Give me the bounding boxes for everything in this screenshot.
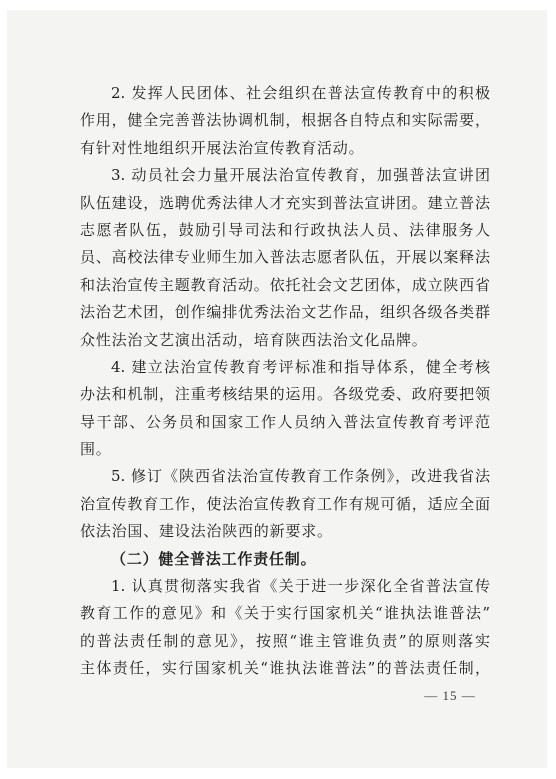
- item-2-line-2: 作用，健全完善普法协调机制，根据各自特点和实际需要，: [80, 107, 490, 134]
- item-5-line-1: 5. 修订《陕西省法治宣传教育工作条例》，改进我省法: [80, 463, 490, 490]
- item-3-line-7: 众性法治文艺演出活动，培育陕西法治文化品牌。: [80, 327, 490, 354]
- item-2-line-1: 2. 发挥人民团体、社会组织在普法宣传教育中的积极: [80, 80, 490, 107]
- item-4-line-3: 导干部、公务员和国家工作人员纳入普法宣传教育考评范: [80, 409, 490, 436]
- item-3-line-5: 和法治宣传主题教育活动。依托社会文艺团体，成立陕西省: [80, 272, 490, 299]
- item-4-line-4: 围。: [80, 436, 490, 463]
- item-3-line-6: 法治艺术团，创作编排优秀法治文艺作品，组织各级各类群: [80, 299, 490, 326]
- item-3-line-4: 员、高校法律专业师生加入普法志愿者队伍，开展以案释法: [80, 244, 490, 271]
- item-4-line-1: 4. 建立法治宣传教育考评标准和指导体系，健全考核: [80, 354, 490, 381]
- item-2-line-3: 有针对性地组织开展法治宣传教育活动。: [80, 135, 490, 162]
- section-2-item-1-line-2: 教育工作的意见》和《关于实行国家机关“谁执法谁普法”: [80, 600, 490, 627]
- section-2-item-1-line-3: 的普法责任制的意见》，按照“谁主管谁负责”的原则落实: [80, 628, 490, 655]
- section-2-item-1-line-4: 主体责任，实行国家机关“谁执法谁普法”的普法责任制，: [80, 655, 490, 682]
- body-text: 2. 发挥人民团体、社会组织在普法宣传教育中的积极 作用，健全完善普法协调机制，…: [80, 80, 490, 683]
- document-page: 2. 发挥人民团体、社会组织在普法宣传教育中的积极 作用，健全完善普法协调机制，…: [7, 10, 547, 768]
- item-3-line-1: 3. 动员社会力量开展法治宣传教育，加强普法宣讲团: [80, 162, 490, 189]
- section-2-item-1-line-1: 1. 认真贯彻落实我省《关于进一步深化全省普法宣传: [80, 573, 490, 600]
- section-heading: （二）健全普法工作责任制。: [80, 546, 490, 573]
- item-3-line-2: 队伍建设，选聘优秀法律人才充实到普法宣讲团。建立普法: [80, 190, 490, 217]
- item-5-line-3: 依法治国、建设法治陕西的新要求。: [80, 518, 490, 545]
- item-5-line-2: 治宣传教育工作，使法治宣传教育工作有规可循，适应全面: [80, 491, 490, 518]
- page-number: — 15 —: [420, 688, 480, 704]
- item-3-line-3: 志愿者队伍，鼓励引导司法和行政执法人员、法律服务人: [80, 217, 490, 244]
- item-4-line-2: 办法和机制，注重考核结果的运用。各级党委、政府要把领: [80, 381, 490, 408]
